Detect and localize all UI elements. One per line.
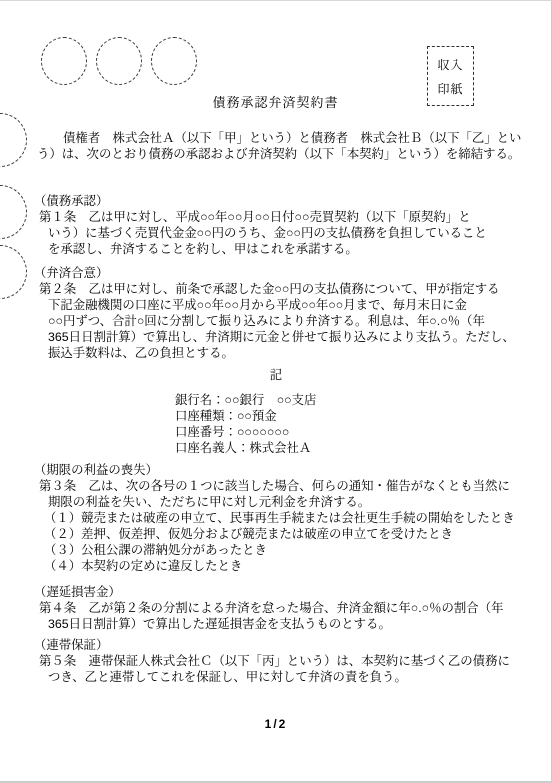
section-heading: （遅延損害金） — [34, 584, 503, 600]
article-line: 第２条 乙は甲に対し、前条で承認した金○○円の支払債務について、甲が指定する — [39, 281, 515, 297]
section-forfeiture-of-term-benefit: （期限の利益の喪失） 第３条 乙は、次の各号の１つに該当した場合、何らの通知・催… — [34, 462, 515, 574]
seal-placeholder-circle-1 — [41, 37, 87, 85]
account-type-line: 口座種類：○○預金 — [175, 408, 316, 424]
note-header-ki: 記 — [0, 365, 552, 383]
article-line: 365日日割計算）で算出し、弁済期に元金と併せて振り込みにより支払う。ただし、 — [48, 329, 515, 345]
preamble-line: 債権者 株式会社Ａ（以下「甲」という）と債務者 株式会社Ｂ（以下「乙」とい — [63, 130, 521, 146]
article-line: 期限の利益を失い、ただちに甲に対し元利金を弁済する。 — [48, 494, 515, 510]
bank-name-line: 銀行名：○○銀行 ○○支店 — [175, 392, 316, 408]
article-line: ○○円ずつ、合計○回に分割して振り込みにより弁済する。利息は、年○.○％（年 — [48, 313, 515, 329]
seal-placeholder-circle-2 — [96, 37, 142, 85]
article-line: を承認し、弁済することを約し、甲はこれを承諾する。 — [48, 241, 487, 257]
section-heading: （連帯保証） — [34, 637, 510, 653]
account-number-line: 口座番号：○○○○○○○ — [175, 424, 316, 440]
article-line: つき、乙と連帯してこれを保証し、甲に対して弁済の責を負う。 — [48, 669, 510, 685]
preamble-line: う）は、次のとおり債務の承認および弁済契約（以下「本契約」という）を締結する。 — [37, 146, 521, 162]
numbered-item: （１）競売または破産の申立て、民事再生手続または会社更生手続の開始をしたとき — [44, 510, 515, 526]
edge-seal-circle-2 — [0, 185, 27, 239]
section-joint-guarantee: （連帯保証） 第５条 連帯保証人株式会社Ｃ（以下「丙」という）は、本契約に基づく… — [34, 637, 510, 685]
document-title: 債務承認弁済契約書 — [0, 92, 551, 111]
article-line: 第３条 乙は、次の各号の１つに該当した場合、何らの通知・催告がなくとも当然に — [39, 478, 515, 494]
numbered-item: （４）本契約の定めに違反したとき — [44, 558, 515, 574]
section-heading: （弁済合意） — [34, 265, 515, 281]
section-heading: （期限の利益の喪失） — [34, 462, 515, 478]
article-line: 振込手数料は、乙の負担とする。 — [48, 345, 515, 361]
bank-account-details: 銀行名：○○銀行 ○○支店 口座種類：○○預金 口座番号：○○○○○○○ 口座名… — [175, 392, 316, 456]
contract-page: 収入 印紙 債務承認弁済契約書 債権者 株式会社Ａ（以下「甲」という）と債務者 … — [0, 0, 552, 783]
seal-placeholder-circle-3 — [151, 37, 197, 85]
article-line: 第５条 連帯保証人株式会社Ｃ（以下「丙」という）は、本契約に基づく乙の債務に — [39, 653, 510, 669]
page-number: 1/2 — [0, 717, 552, 731]
edge-seal-circle-3 — [0, 245, 27, 299]
edge-seal-circle-1 — [0, 113, 27, 167]
section-late-damages: （遅延損害金） 第４条 乙が第２条の分割による弁済を怠った場合、弁済金額に年○.… — [34, 584, 503, 632]
article-line: 下記金融機関の口座に平成○○年○○月から平成○○年○○月まで、毎月末日に金 — [48, 297, 515, 313]
article-line: 365日日割計算）で算出した遅延損害金を支払うものとする。 — [48, 616, 503, 632]
article-line: 第４条 乙が第２条の分割による弁済を怠った場合、弁済金額に年○.○％の割合（年 — [39, 600, 503, 616]
section-debt-acknowledgment: （債務承認） 第１条 乙は甲に対し、平成○○年○○月○○日付○○売買契約（以下「… — [34, 193, 487, 257]
account-holder-line: 口座名義人：株式会社Ａ — [175, 440, 316, 456]
preamble-paragraph: 債権者 株式会社Ａ（以下「甲」という）と債務者 株式会社Ｂ（以下「乙」とい う）… — [34, 130, 521, 162]
section-heading: （債務承認） — [34, 193, 487, 209]
numbered-item: （２）差押、仮差押、仮処分および競売または破産の申立てを受けたとき — [44, 526, 515, 542]
article-line: 第１条 乙は甲に対し、平成○○年○○月○○日付○○売買契約（以下「原契約」と — [39, 209, 487, 225]
revenue-stamp-line1: 収入 — [437, 56, 463, 73]
section-repayment-agreement: （弁済合意） 第２条 乙は甲に対し、前条で承認した金○○円の支払債務について、甲… — [34, 265, 515, 361]
article-line: いう）に基づく売買代金金○○円のうち、金○○円の支払債務を負担していること — [48, 225, 487, 241]
numbered-item: （３）公租公課の滞納処分があったとき — [44, 542, 515, 558]
